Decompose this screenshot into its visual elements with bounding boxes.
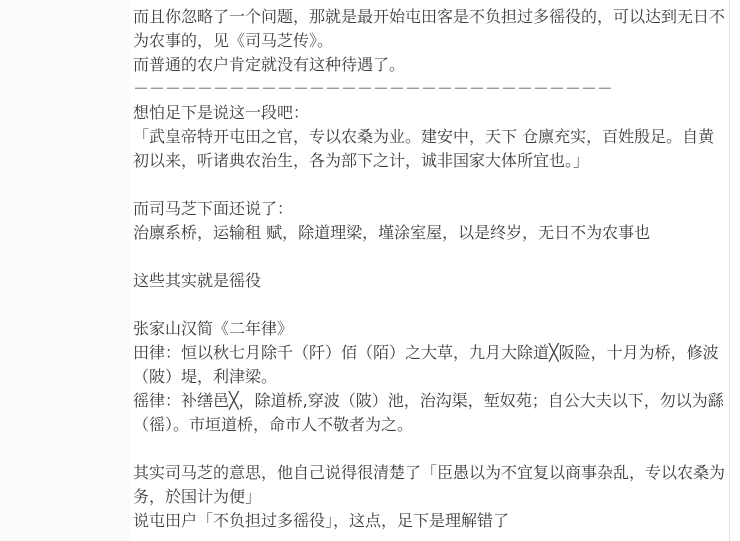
text-line: 这些其实就是徭役 bbox=[133, 269, 727, 293]
text-line: 徭律：补缮邑╳，除道桥,穿波（陂）池，治沟渠，堑奴苑；自公大夫以下，勿以为繇（徭… bbox=[133, 389, 727, 437]
text-line: 而且你忽略了一个问题，那就是最开始屯田客是不负担过多徭役的，可以达到无日不为农事… bbox=[133, 5, 727, 53]
blank-line bbox=[133, 437, 727, 461]
text-line: 而司马芝下面还说了： bbox=[133, 197, 727, 221]
right-divider-line bbox=[729, 0, 730, 541]
text-line: 其实司马芝的意思，他自己说得很清楚了「臣愚以为不宜复以商事杂乱，专以农桑为务，於… bbox=[133, 461, 727, 509]
left-gutter-panel bbox=[0, 0, 130, 541]
page: 而且你忽略了一个问题，那就是最开始屯田客是不负担过多徭役的，可以达到无日不为农事… bbox=[0, 0, 740, 541]
comment-body: 而且你忽略了一个问题，那就是最开始屯田客是不负担过多徭役的，可以达到无日不为农事… bbox=[133, 5, 727, 533]
blank-line bbox=[133, 293, 727, 317]
text-line: 张家山汉简《二年律》 bbox=[133, 317, 727, 341]
text-line: 而普通的农户肯定就没有这种待遇了。 bbox=[133, 53, 727, 77]
text-line: 「武皇帝特开屯田之官，专以农桑为业。建安中，天下 仓廪充实，百姓殷足。自黄初以来… bbox=[133, 125, 727, 173]
text-line: 说屯田户「不负担过多徭役」，这点，足下是理解错了 bbox=[133, 509, 727, 533]
blank-line bbox=[133, 173, 727, 197]
text-line: 想怕足下是说这一段吧： bbox=[133, 101, 727, 125]
blank-line bbox=[133, 245, 727, 269]
text-line: 治廪系桥，运输租 赋，除道理梁，墐涂室屋，以是终岁，无日不为农事也 bbox=[133, 221, 727, 245]
text-line: 田律：恒以秋七月除千（阡）佰（陌）之大草，九月大除道╳阪险，十月为桥，修波（陂）… bbox=[133, 341, 727, 389]
text-line: －－－－－－－－－－－－－－－－－－－－－－－－－－－－－－ bbox=[133, 77, 727, 101]
